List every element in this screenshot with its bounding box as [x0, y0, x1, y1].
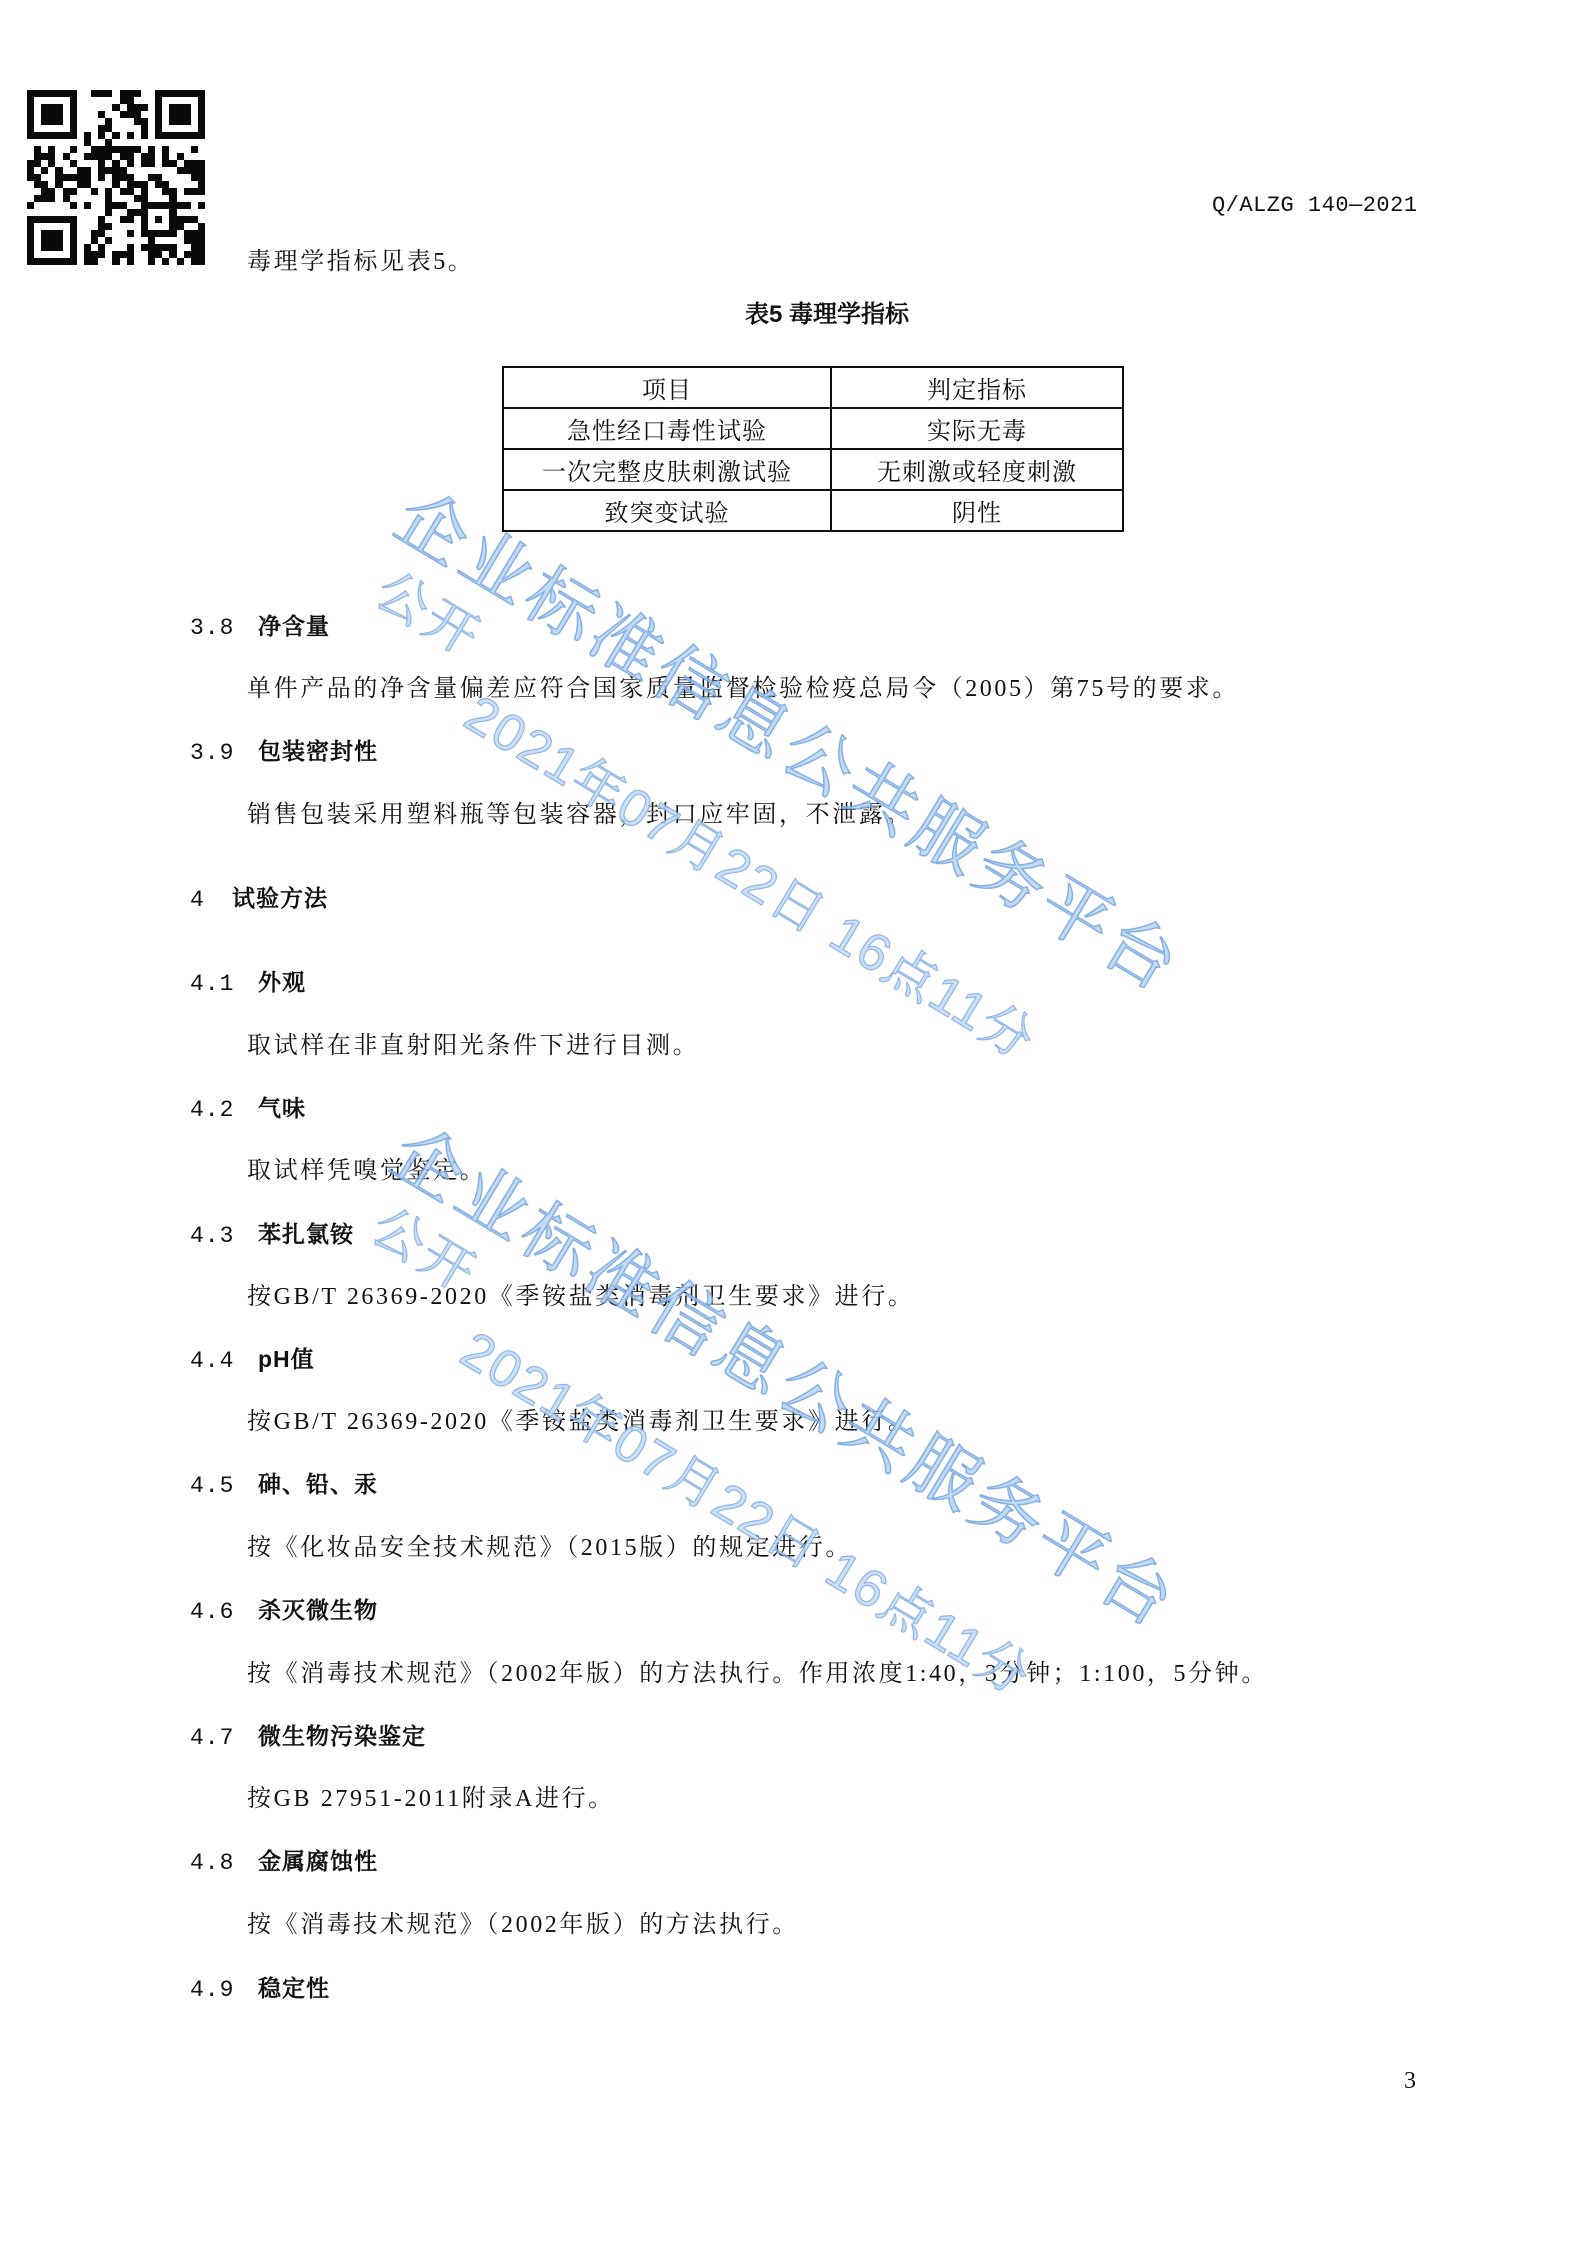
section-number: 4.1 [190, 973, 258, 996]
section-body-4-3: 按GB/T 26369-2020《季铵盐类消毒剂卫生要求》进行。 [247, 1285, 914, 1309]
section-heading-4-3: 4.3苯扎氯铵 [190, 1223, 354, 1248]
section-title: 外观 [258, 969, 306, 995]
table-header-cell: 判定指标 [831, 367, 1123, 408]
qr-code [27, 90, 205, 265]
section-body-4-1: 取试样在非直射阳光条件下进行目测。 [247, 1034, 699, 1058]
section-heading-3-9: 3.9包装密封性 [190, 740, 378, 765]
table-cell: 急性经口毒性试验 [503, 408, 831, 449]
section-body-3-8: 单件产品的净含量偏差应符合国家质量监督检验检疫总局令（2005）第75号的要求。 [247, 677, 1239, 701]
section-heading-3-8: 3.8净含量 [190, 615, 330, 640]
table-row: 一次完整皮肤刺激试验 无刺激或轻度刺激 [503, 449, 1123, 490]
section-heading-4-8: 4.8金属腐蚀性 [190, 1850, 378, 1875]
section-title: 苯扎氯铵 [258, 1221, 354, 1247]
section-number: 4.7 [190, 1727, 258, 1750]
section-number: 4.2 [190, 1099, 258, 1122]
intro-text: 毒理学指标见表5。 [247, 250, 474, 274]
section-title: 净含量 [258, 613, 330, 639]
section-number: 4.9 [190, 1979, 258, 2002]
table-header-row: 项目 判定指标 [503, 367, 1123, 408]
section-number: 4 [190, 889, 232, 912]
section-heading-4-6: 4.6杀灭微生物 [190, 1599, 378, 1624]
section-body-4-2: 取试样凭嗅觉鉴定。 [247, 1159, 486, 1183]
section-heading-4-7: 4.7微生物污染鉴定 [190, 1725, 426, 1750]
table-cell: 阴性 [831, 490, 1123, 531]
section-number: 4.5 [190, 1475, 258, 1498]
table-row: 急性经口毒性试验 实际无毒 [503, 408, 1123, 449]
section-title: 金属腐蚀性 [258, 1848, 378, 1874]
section-body-4-7: 按GB 27951-2011附录A进行。 [247, 1787, 615, 1811]
document-code: Q/ALZG 140—2021 [1212, 193, 1418, 218]
section-body-4-8: 按《消毒技术规范》（2002年版）的方法执行。 [247, 1913, 799, 1937]
section-number: 3.8 [190, 617, 258, 640]
section-body-3-9: 销售包装采用塑料瓶等包装容器，封口应牢固，不泄露。 [247, 803, 912, 827]
table-row: 致突变试验 阴性 [503, 490, 1123, 531]
table-cell: 实际无毒 [831, 408, 1123, 449]
section-title: pH值 [258, 1346, 315, 1372]
watermark-line-timestamp: 2021年07月22日 16点11分 [453, 673, 1052, 1074]
section-heading-4: 4试验方法 [190, 887, 328, 912]
page-number: 3 [1404, 2068, 1416, 2095]
section-title: 气味 [258, 1095, 306, 1121]
section-title: 砷、铅、汞 [258, 1471, 378, 1497]
watermark-line-platform: 企业标准信息公共服务平台 [380, 462, 1203, 1012]
section-body-4-5: 按《化妆品安全技术规范》（2015版）的规定进行。 [247, 1536, 852, 1560]
section-title: 杀灭微生物 [258, 1597, 378, 1623]
section-title: 包装密封性 [258, 738, 378, 764]
section-heading-4-9: 4.9稳定性 [190, 1977, 330, 2002]
section-heading-4-4: 4.4pH值 [190, 1348, 315, 1373]
section-number: 4.3 [190, 1225, 258, 1248]
toxicology-table: 项目 判定指标 急性经口毒性试验 实际无毒 一次完整皮肤刺激试验 无刺激或轻度刺… [502, 366, 1124, 532]
table-header-cell: 项目 [503, 367, 831, 408]
section-heading-4-2: 4.2气味 [190, 1097, 306, 1122]
section-number: 4.6 [190, 1601, 258, 1624]
table-cell: 无刺激或轻度刺激 [831, 449, 1123, 490]
section-number: 3.9 [190, 742, 258, 765]
table-cell: 一次完整皮肤刺激试验 [503, 449, 831, 490]
watermark-line-public: 公开 [364, 549, 499, 671]
section-title: 稳定性 [258, 1975, 330, 2001]
section-body-4-4: 按GB/T 26369-2020《季铵盐类消毒剂卫生要求》进行。 [247, 1410, 914, 1434]
table-cell: 致突变试验 [503, 490, 831, 531]
section-number: 4.4 [190, 1350, 258, 1373]
section-title: 试验方法 [232, 885, 328, 911]
watermark-line-platform: 企业标准信息公共服务平台 [376, 1098, 1199, 1648]
section-number: 4.8 [190, 1852, 258, 1875]
section-body-4-6: 按《消毒技术规范》（2002年版）的方法执行。作用浓度1:40，3分钟；1:10… [247, 1662, 1268, 1686]
table-caption: 表5 毒理学指标 [745, 294, 909, 329]
section-title: 微生物污染鉴定 [258, 1723, 426, 1749]
section-heading-4-5: 4.5砷、铅、汞 [190, 1473, 378, 1498]
section-heading-4-1: 4.1外观 [190, 971, 306, 996]
watermark-line-timestamp: 2021年07月22日 16点11分 [449, 1309, 1048, 1710]
